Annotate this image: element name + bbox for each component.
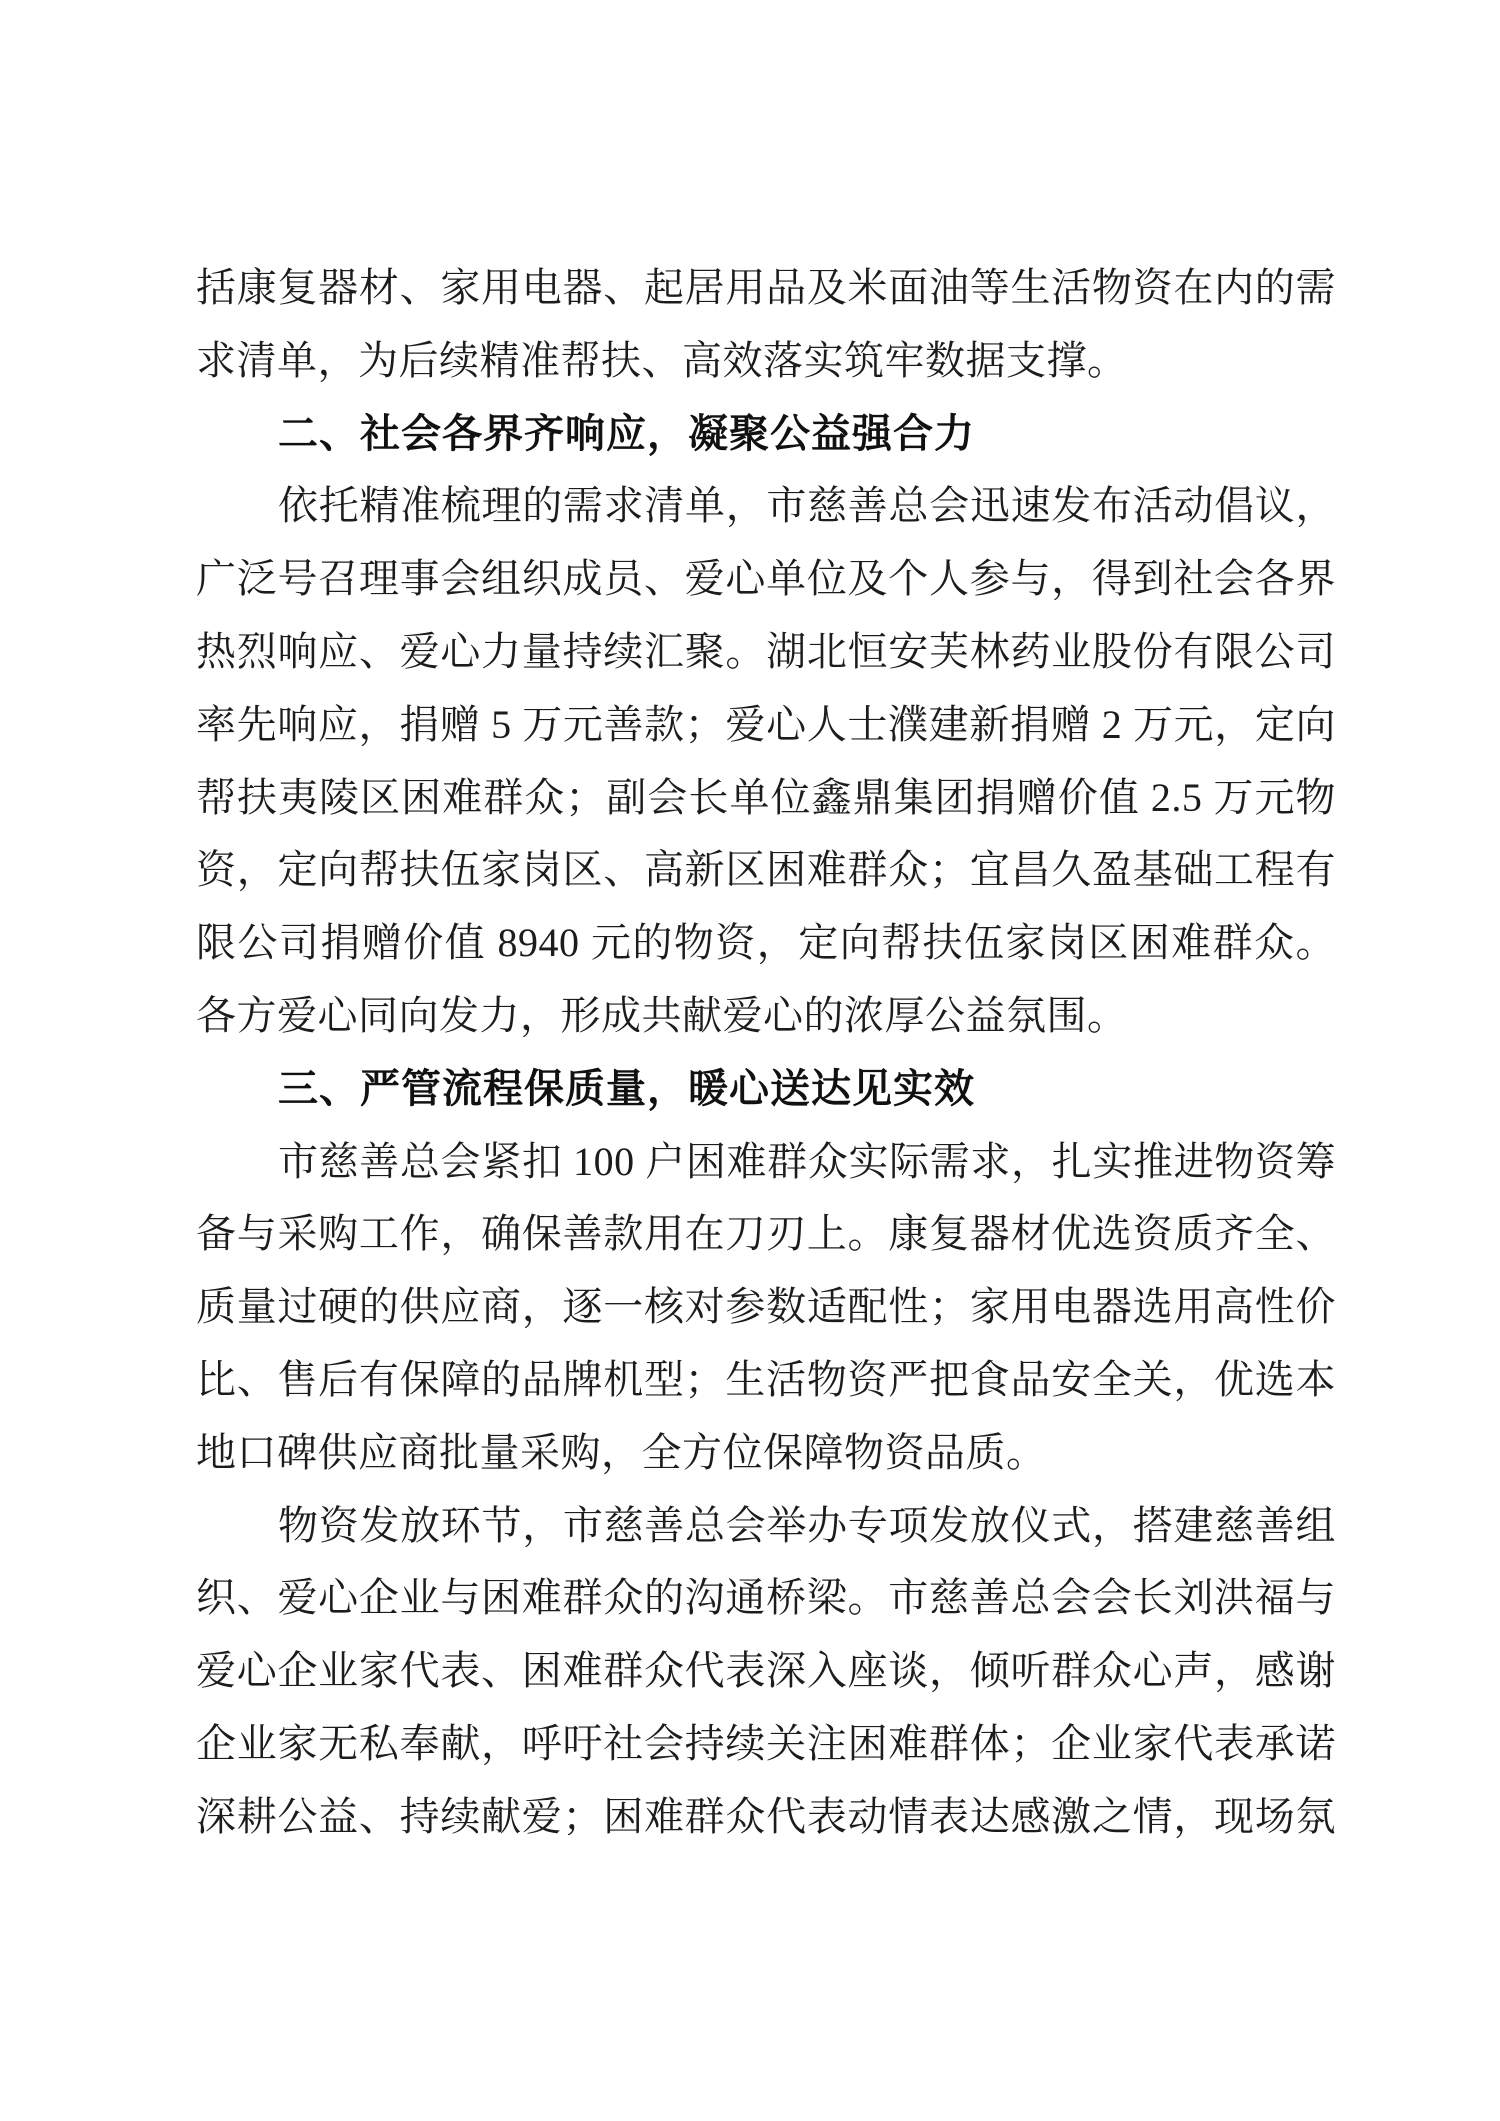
body-text-line: 比、售后有保障的品牌机型；生活物资严把食品安全关，优选本: [196, 1344, 1336, 1417]
section-heading: 三、严管流程保质量，暖心送达见实效: [196, 1053, 1336, 1126]
section-heading: 二、社会各界齐响应，凝聚公益强合力: [196, 398, 1336, 471]
body-text-line: 物资发放环节，市慈善总会举办专项发放仪式，搭建慈善组: [196, 1490, 1336, 1563]
text-column: 括康复器材、家用电器、起居用品及米面油等生活物资在内的需求清单，为后续精准帮扶、…: [196, 252, 1336, 1854]
body-text-line: 广泛号召理事会组织成员、爱心单位及个人参与，得到社会各界: [196, 543, 1336, 616]
body-text-line: 深耕公益、持续献爱；困难群众代表动情表达感激之情，现场氛: [196, 1781, 1336, 1854]
body-text-line: 各方爱心同向发力，形成共献爱心的浓厚公益氛围。: [196, 980, 1336, 1053]
body-text-line: 资，定向帮扶伍家岗区、高新区困难群众；宜昌久盈基础工程有: [196, 834, 1336, 907]
body-text-line: 帮扶夷陵区困难群众；副会长单位鑫鼎集团捐赠价值 2.5 万元物: [196, 762, 1336, 835]
body-text-line: 依托精准梳理的需求清单，市慈善总会迅速发布活动倡议，: [196, 470, 1336, 543]
body-text-line: 质量过硬的供应商，逐一核对参数适配性；家用电器选用高性价: [196, 1271, 1336, 1344]
document-page: 括康复器材、家用电器、起居用品及米面油等生活物资在内的需求清单，为后续精准帮扶、…: [0, 0, 1500, 2121]
body-text-line: 热烈响应、爱心力量持续汇聚。湖北恒安芙林药业股份有限公司: [196, 616, 1336, 689]
body-text-line: 限公司捐赠价值 8940 元的物资，定向帮扶伍家岗区困难群众。: [196, 907, 1336, 980]
body-text-line: 地口碑供应商批量采购，全方位保障物资品质。: [196, 1417, 1336, 1490]
body-text-line: 求清单，为后续精准帮扶、高效落实筑牢数据支撑。: [196, 325, 1336, 398]
body-text-line: 括康复器材、家用电器、起居用品及米面油等生活物资在内的需: [196, 252, 1336, 325]
body-text-line: 爱心企业家代表、困难群众代表深入座谈，倾听群众心声，感谢: [196, 1635, 1336, 1708]
body-text-line: 织、爱心企业与困难群众的沟通桥梁。市慈善总会会长刘洪福与: [196, 1562, 1336, 1635]
body-text-line: 企业家无私奉献，呼吁社会持续关注困难群体；企业家代表承诺: [196, 1708, 1336, 1781]
body-text-line: 市慈善总会紧扣 100 户困难群众实际需求，扎实推进物资筹: [196, 1126, 1336, 1199]
body-text-line: 率先响应，捐赠 5 万元善款；爱心人士濮建新捐赠 2 万元，定向: [196, 689, 1336, 762]
body-text-line: 备与采购工作，确保善款用在刀刃上。康复器材优选资质齐全、: [196, 1198, 1336, 1271]
